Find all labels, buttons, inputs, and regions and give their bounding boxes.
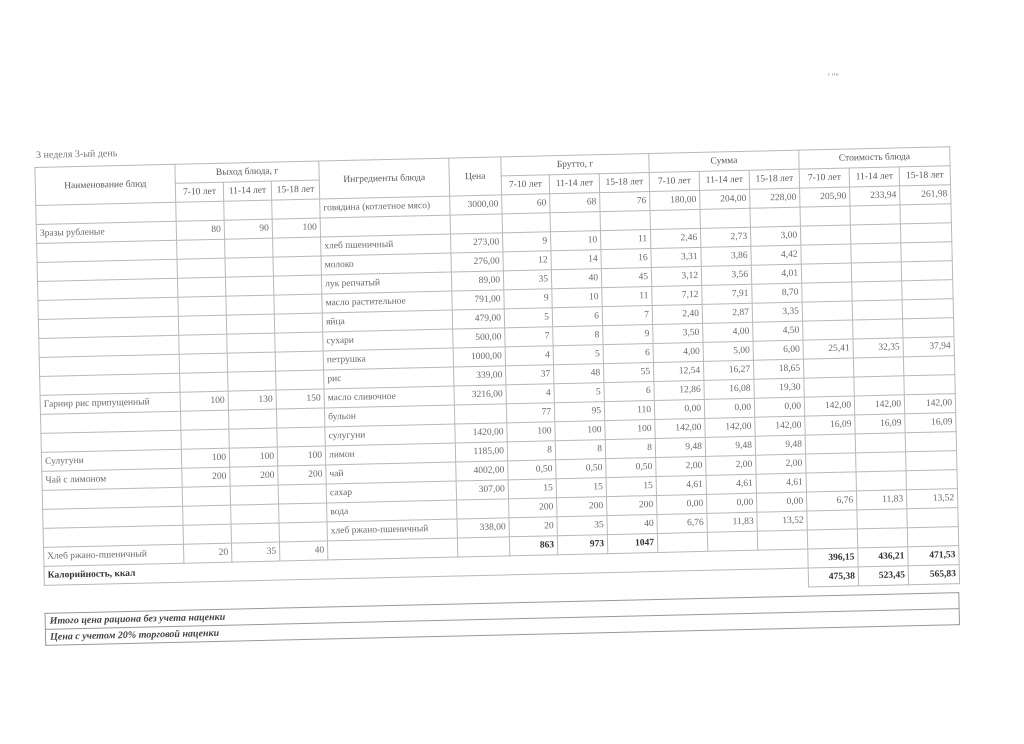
sum-cell: 3,50 [653,323,703,343]
sum-cell: 2,40 [652,304,702,324]
gross-cell: 863 [509,536,557,556]
cost-cell [850,205,900,225]
yield-cell: 100 [272,218,320,238]
cost-cell [902,299,953,319]
sum-cell: 3,86 [701,246,751,266]
cost-cell [901,261,952,281]
yield-cell [279,522,327,542]
cost-cell [903,356,954,376]
yield-cell [181,429,229,449]
yield-cell [177,239,225,259]
gross-cell: 37 [506,365,554,385]
yield-cell [276,370,324,390]
gross-cell: 55 [604,362,654,382]
age-header-sum-2: 15-18 лет [749,169,799,189]
sum-cell: 16,27 [703,360,753,380]
cost-cell [806,453,856,473]
cost-cell [800,225,850,245]
gross-cell: 5 [553,345,603,365]
cost-cell: 13,52 [906,489,957,509]
document-page: 3 неделя 3-ый день Наименование блюд Вых… [34,129,960,646]
age-header-sum-1: 11-14 лет [699,170,749,190]
age-header-cost-2: 15-18 лет [899,166,950,186]
yield-cell [177,258,225,278]
yield-cell [225,238,273,258]
yield-cell [273,275,321,295]
cost-cell [853,357,903,377]
cost-cell [857,509,907,529]
total-markup-15-18: 565,83 [908,565,959,585]
gross-cell: 40 [551,269,601,289]
yield-cell [275,332,323,352]
gross-cell: 6 [603,344,653,364]
cost-cell [803,320,853,340]
sum-cell [750,207,800,227]
sum-cell: 180,00 [650,190,700,210]
sum-cell: 4,61 [706,474,756,494]
price-cell: 1000,00 [453,347,505,367]
yield-cell: 130 [228,390,276,410]
gross-cell: 20 [509,517,557,537]
gross-cell: 48 [554,364,604,384]
sum-cell: 0,00 [657,494,707,514]
cost-cell: 16,09 [905,413,956,433]
gross-cell: 5 [504,308,552,328]
gross-cell: 8 [553,326,603,346]
sum-cell: 142,00 [755,416,805,436]
cost-cell [804,377,854,397]
gross-cell: 9 [603,325,653,345]
yield-cell [224,200,272,220]
price-cell [454,404,506,424]
price-cell: 89,00 [451,271,503,291]
cost-cell [856,452,906,472]
total-15-18: 471,53 [908,546,959,566]
cost-cell: 142,00 [904,394,955,414]
sum-cell: 16,08 [704,379,754,399]
gross-cell: 200 [557,497,607,517]
sum-cell: 18,65 [753,359,803,379]
cost-cell: 37,94 [903,337,954,357]
gross-cell: 14 [551,250,601,270]
sum-cell: 0,00 [707,493,757,513]
price-cell [457,537,509,557]
cost-cell [902,280,953,300]
yield-cell [278,484,326,504]
age-header-gross-1: 11-14 лет [549,174,599,194]
yield-cell [178,296,226,316]
yield-cell: 100 [277,446,325,466]
age-header-yield-2: 15-18 лет [271,180,319,200]
gross-cell: 200 [509,498,557,518]
cost-cell: 142,00 [804,396,854,416]
sum-cell: 2,87 [702,303,752,323]
age-header-sum-0: 7-10 лет [649,171,699,191]
total-markup-11-14: 523,45 [858,566,908,586]
gross-cell: 6 [604,381,654,401]
header-price: Цена [449,157,502,196]
gross-cell: 68 [550,193,600,213]
price-cell [457,499,509,519]
sum-cell: 13,52 [757,511,807,531]
total-11-14: 436,21 [858,547,908,567]
yield-cell [274,294,322,314]
yield-cell [180,372,228,392]
cost-cell [856,471,906,491]
sum-cell: 9,48 [755,435,805,455]
cost-cell [904,375,955,395]
yield-cell [229,428,277,448]
yield-cell [227,352,275,372]
cost-cell: 142,00 [854,395,904,415]
age-header-gross-0: 7-10 лет [501,175,549,195]
cost-cell: 32,35 [853,338,903,358]
gross-cell: 15 [606,476,656,496]
yield-cell [183,524,231,544]
gross-cell: 95 [554,402,604,422]
sum-cell: 4,01 [751,264,801,284]
gross-cell: 0,50 [606,457,656,477]
yield-cell [176,201,224,221]
menu-cost-table: Наименование блюд Выход блюда, г Ингреди… [34,146,960,605]
gross-cell: 7 [602,306,652,326]
yield-cell [179,334,227,354]
sum-cell [650,209,700,229]
sum-cell: 7,91 [702,284,752,304]
gross-cell: 10 [552,288,602,308]
yield-cell [230,485,278,505]
cost-cell: 16,09 [805,415,855,435]
price-cell [450,214,502,234]
total-markup-7-10: 475,38 [808,567,858,587]
gross-cell: 76 [600,192,650,212]
yield-cell [275,351,323,371]
cost-cell [805,434,855,454]
cost-cell [907,527,958,547]
sum-cell: 12,86 [654,380,704,400]
scan-mark: ' '"' [828,72,839,82]
sum-cell: 3,35 [752,302,802,322]
gross-cell: 200 [607,495,657,515]
yield-cell [272,199,320,219]
gross-cell: 6 [552,307,602,327]
yield-cell [226,295,274,315]
sum-cell [707,531,757,551]
gross-cell: 9 [503,232,551,252]
price-cell: 273,00 [451,233,503,253]
sum-cell: 9,48 [655,437,705,457]
cost-cell [900,204,951,224]
yield-cell [226,314,274,334]
sum-cell: 2,00 [756,454,806,474]
cost-cell [803,358,853,378]
sum-cell: 3,12 [651,266,701,286]
yield-cell: 100 [229,447,277,467]
cost-cell [905,432,956,452]
cost-cell [801,263,851,283]
gross-cell: 8 [507,441,555,461]
yield-cell [276,408,324,428]
cost-cell [851,243,901,263]
age-header-cost-0: 7-10 лет [799,168,849,188]
table-body: говядина (котлетное мясо)3000,0060687618… [36,185,959,567]
sum-cell: 12,54 [654,361,704,381]
sum-cell: 4,50 [753,321,803,341]
price-cell: 3000,00 [450,195,502,215]
gross-cell: 15 [508,479,556,499]
sum-cell: 4,00 [653,342,703,362]
gross-cell: 16 [601,249,651,269]
sum-cell [757,530,807,550]
yield-cell [231,504,279,524]
gross-cell: 7 [505,327,553,347]
cost-cell: 6,76 [807,491,857,511]
yield-cell [180,410,228,430]
gross-cell: 0,50 [508,460,556,480]
cost-cell: 205,90 [800,187,850,207]
cost-cell [855,433,905,453]
cost-cell [851,262,901,282]
cost-cell: 11,83 [856,490,906,510]
sum-cell: 4,61 [756,473,806,493]
yield-cell [225,276,273,296]
gross-cell: 4 [505,346,553,366]
yield-cell [228,371,276,391]
header-ingredients: Ингредиенты блюда [319,158,450,199]
price-cell: 276,00 [451,252,503,272]
gross-cell: 0,50 [556,459,606,479]
sum-cell: 142,00 [705,417,755,437]
sum-cell: 2,73 [700,227,750,247]
cost-cell: 25,41 [803,339,853,359]
sum-cell: 0,00 [754,397,804,417]
gross-cell: 35 [557,516,607,536]
cost-cell [806,472,856,492]
header-dish-name: Наименование блюд [35,164,176,205]
price-cell: 307,00 [456,480,508,500]
cost-cell [852,300,902,320]
cost-cell [852,281,902,301]
yield-cell: 90 [224,219,272,239]
cost-cell [853,319,903,339]
cost-cell [801,244,851,264]
sum-cell: 142,00 [655,418,705,438]
yield-cell [225,257,273,277]
gross-cell: 9 [504,289,552,309]
age-header-yield-1: 11-14 лет [223,181,271,201]
sum-cell: 2,00 [706,455,756,475]
yield-cell [179,353,227,373]
yield-cell: 150 [276,389,324,409]
gross-cell: 973 [557,535,607,555]
yield-cell [279,503,327,523]
yield-cell [183,505,231,525]
gross-cell [502,213,550,233]
cost-cell: 233,94 [850,186,900,206]
yield-cell [231,523,279,543]
gross-cell: 100 [605,419,655,439]
cost-cell [850,224,900,244]
sum-cell: 7,12 [652,285,702,305]
sum-cell: 3,00 [750,226,800,246]
gross-cell: 1047 [607,533,657,553]
cost-cell [900,223,951,243]
cost-cell [903,318,954,338]
price-cell: 791,00 [452,290,504,310]
yield-cell [228,409,276,429]
sum-cell: 0,00 [704,398,754,418]
yield-cell [277,427,325,447]
sum-cell [657,532,707,552]
yield-cell: 100 [181,448,229,468]
cost-cell [906,470,957,490]
cost-cell [901,242,952,262]
cost-cell [854,376,904,396]
cost-cell [807,510,857,530]
sum-cell: 5,00 [703,341,753,361]
cost-cell [800,206,850,226]
age-header-cost-1: 11-14 лет [849,167,899,187]
yield-cell: 200 [278,465,326,485]
yield-cell [178,315,226,335]
price-cell: 3216,00 [454,385,506,405]
gross-cell: 77 [506,403,554,423]
total-7-10: 396,15 [808,548,858,568]
age-header-yield-0: 7-10 лет [175,182,223,202]
yield-cell: 100 [180,391,228,411]
cost-cell: 261,98 [900,185,951,205]
sum-cell: 4,42 [751,245,801,265]
gross-cell: 11 [601,230,651,250]
cost-cell [802,301,852,321]
yield-cell [182,486,230,506]
sum-cell: 2,46 [650,228,700,248]
gross-cell: 15 [556,478,606,498]
price-cell: 339,00 [454,366,506,386]
gross-cell: 4 [506,384,554,404]
gross-cell: 35 [503,270,551,290]
sum-cell: 4,61 [656,475,706,495]
sum-cell: 204,00 [700,189,750,209]
price-cell: 479,00 [452,309,504,329]
cost-cell [907,508,958,528]
gross-cell: 5 [554,383,604,403]
gross-cell: 40 [607,514,657,534]
price-cell: 4002,00 [456,461,508,481]
yield-cell: 20 [183,543,231,563]
sum-cell: 3,31 [651,247,701,267]
yield-cell: 200 [230,466,278,486]
yield-cell [273,237,321,257]
sum-cell [700,208,750,228]
gross-cell: 100 [555,421,605,441]
price-cell: 1420,00 [455,423,507,443]
gross-cell: 11 [602,287,652,307]
sum-cell: 228,00 [750,188,800,208]
sum-cell: 8,70 [752,283,802,303]
age-header-gross-2: 15-18 лет [599,173,649,193]
sum-cell: 0,00 [654,399,704,419]
sum-cell: 6,00 [753,340,803,360]
price-cell: 1185,00 [455,442,507,462]
sum-cell: 2,00 [656,456,706,476]
gross-cell: 10 [551,231,601,251]
gross-cell: 45 [601,268,651,288]
cost-cell [857,528,907,548]
sum-cell: 19,30 [754,378,804,398]
cost-cell: 16,09 [855,414,905,434]
yield-cell: 35 [231,542,279,562]
cost-cell [807,529,857,549]
sum-cell: 11,83 [707,512,757,532]
yield-cell: 40 [279,541,327,561]
cost-cell [906,451,957,471]
yield-cell [177,277,225,297]
gross-cell: 110 [604,400,654,420]
yield-cell: 80 [176,220,224,240]
gross-cell [600,211,650,231]
yield-cell [273,256,321,276]
gross-cell [550,212,600,232]
price-cell: 338,00 [457,518,509,538]
sum-cell: 3,56 [701,265,751,285]
sum-cell: 9,48 [705,436,755,456]
sum-cell: 4,00 [703,322,753,342]
gross-cell: 60 [502,194,550,214]
gross-cell: 8 [605,438,655,458]
sum-cell: 6,76 [657,513,707,533]
sum-cell: 0,00 [757,492,807,512]
gross-cell: 8 [555,440,605,460]
yield-cell: 200 [182,467,230,487]
yield-cell [274,313,322,333]
cost-cell [802,282,852,302]
yield-cell [227,333,275,353]
price-cell: 500,00 [453,328,505,348]
gross-cell: 100 [507,422,555,442]
gross-cell: 12 [503,251,551,271]
